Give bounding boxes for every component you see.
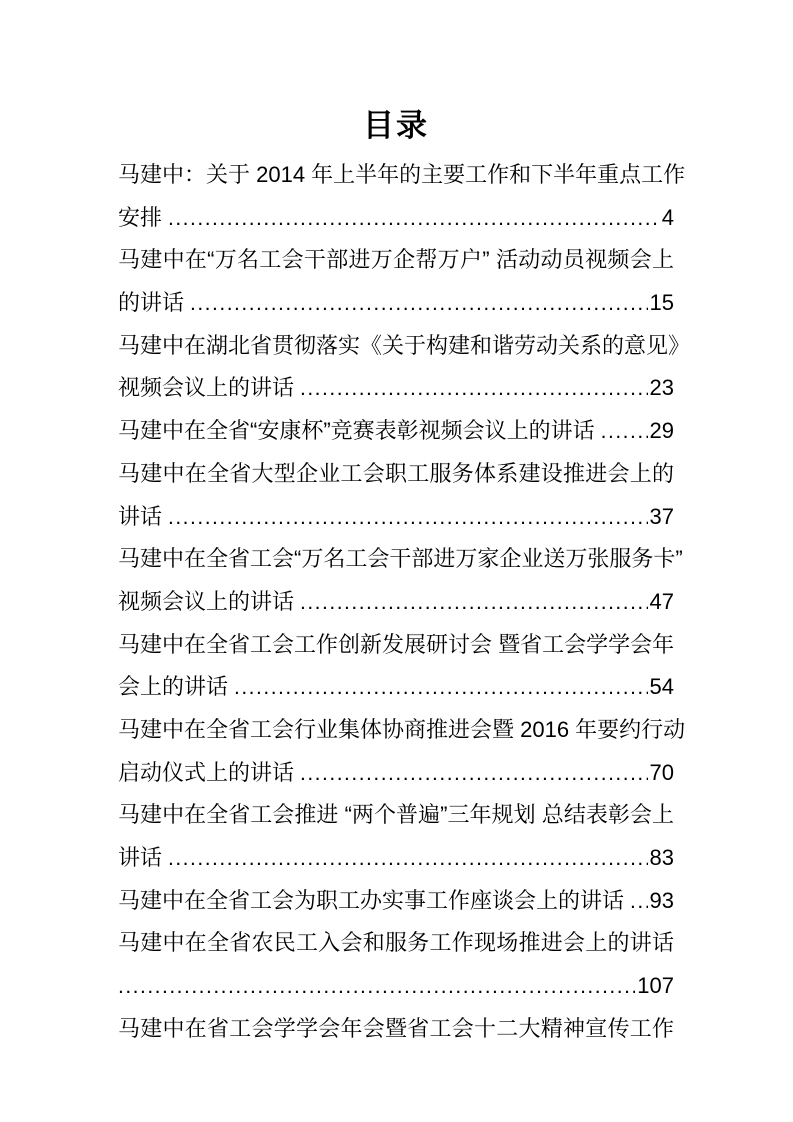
toc-entry-text: 启动仪式上的讲话 <box>118 752 294 795</box>
page-number: 47 <box>650 581 674 624</box>
page-title: 目录 <box>118 104 674 154</box>
toc-entry-10[interactable]: 马建中在全省工会为职工办实事工作座谈会上的讲话 93 <box>118 880 674 923</box>
toc-entry-text: 马建中在省工会学学会年会暨省工会十二大精神宣传工作 <box>118 1016 674 1041</box>
page-number: 29 <box>650 410 674 453</box>
dotted-leader <box>300 752 648 796</box>
page-number: 23 <box>650 367 674 410</box>
toc-entry-text: 会上的讲话 <box>118 666 228 709</box>
page-number: 15 <box>650 282 674 325</box>
toc-entry-text: 马建中在全省大型企业工会职工服务体系建设推进会上的 <box>118 461 674 486</box>
toc-entry-7[interactable]: 马建中在全省工会工作创新发展研讨会 暨省工会学学会年 会上的讲话 54 <box>118 624 674 709</box>
toc-entry-text: 安排 <box>118 197 162 240</box>
toc-entry-12[interactable]: 马建中在省工会学学会年会暨省工会十二大精神宣传工作 <box>118 1008 674 1051</box>
dotted-leader <box>168 496 648 540</box>
dotted-leader <box>234 666 648 710</box>
toc-entry-text: 马建中在全省工会推进 “两个普遍”三年规划 总结表彰会上 <box>118 802 674 827</box>
toc-entry-text: 马建中在全省农民工入会和服务工作现场推进会上的讲话 <box>118 930 674 955</box>
page-number: 107 <box>637 965 674 1008</box>
toc-entry-text: 马建中在全省工会工作创新发展研讨会 暨省工会学学会年 <box>118 632 674 657</box>
toc-entry-6[interactable]: 马建中在全省工会“万名工会干部进万家企业送万张服务卡” 视频会议上的讲话 47 <box>118 538 674 623</box>
dotted-leader <box>300 367 648 411</box>
dotted-leader <box>630 880 648 924</box>
toc-entry-text: 马建中在全省工会行业集体协商推进会暨 2016 年要约行动 <box>118 717 685 742</box>
toc-entry-11[interactable]: 马建中在全省农民工入会和服务工作现场推进会上的讲话 107 <box>118 922 674 1007</box>
toc-entry-text: 马建中在“万名工会干部进万企帮万户” 活动动员视频会上 <box>118 247 674 272</box>
toc-entry-3[interactable]: 马建中在湖北省贯彻落实《关于构建和谐劳动关系的意见》 视频会议上的讲话 23 <box>118 325 674 410</box>
toc-entry-text: 讲话 <box>118 837 162 880</box>
toc-entry-4[interactable]: 马建中在全省“安康杯”竞赛表彰视频会议上的讲话 29 <box>118 410 674 453</box>
page-number: 37 <box>650 496 674 539</box>
toc-entry-text: 视频会议上的讲话 <box>118 581 294 624</box>
document-page: 目录 马建中：关于 2014 年上半年的主要工作和下半年重点工作 安排 4 马建… <box>0 0 793 1122</box>
page-number: 93 <box>650 880 674 923</box>
dotted-leader <box>601 410 648 454</box>
toc-entry-8[interactable]: 马建中在全省工会行业集体协商推进会暨 2016 年要约行动 启动仪式上的讲话 7… <box>118 709 674 794</box>
page-number: 70 <box>650 752 674 795</box>
toc-entry-5[interactable]: 马建中在全省大型企业工会职工服务体系建设推进会上的 讲话 37 <box>118 453 674 538</box>
page-number: 83 <box>650 837 674 880</box>
toc-entry-text: 的讲话 <box>118 282 184 325</box>
toc-entry-text: 马建中：关于 2014 年上半年的主要工作和下半年重点工作 <box>118 162 685 187</box>
toc-entry-text: 马建中在全省工会“万名工会干部进万家企业送万张服务卡” <box>118 546 683 571</box>
dotted-leader <box>300 581 648 625</box>
dotted-leader <box>190 282 648 326</box>
toc-entry-text: 马建中在全省工会为职工办实事工作座谈会上的讲话 <box>118 880 624 923</box>
dotted-leader <box>168 197 660 241</box>
toc-entry-text: 讲话 <box>118 496 162 539</box>
dotted-leader <box>118 965 635 1009</box>
toc-entry-text: 马建中在湖北省贯彻落实《关于构建和谐劳动关系的意见》 <box>118 333 690 358</box>
toc-entry-text: 视频会议上的讲话 <box>118 367 294 410</box>
page-number: 4 <box>662 197 674 240</box>
toc-entry-2[interactable]: 马建中在“万名工会干部进万企帮万户” 活动动员视频会上 的讲话 15 <box>118 239 674 324</box>
toc-entry-9[interactable]: 马建中在全省工会推进 “两个普遍”三年规划 总结表彰会上 讲话 83 <box>118 794 674 879</box>
page-number: 54 <box>650 666 674 709</box>
dotted-leader <box>168 837 648 881</box>
toc-entry-text: 马建中在全省“安康杯”竞赛表彰视频会议上的讲话 <box>118 410 595 453</box>
toc-content: 目录 马建中：关于 2014 年上半年的主要工作和下半年重点工作 安排 4 马建… <box>118 104 674 1050</box>
toc-entry-1[interactable]: 马建中：关于 2014 年上半年的主要工作和下半年重点工作 安排 4 <box>118 154 674 239</box>
